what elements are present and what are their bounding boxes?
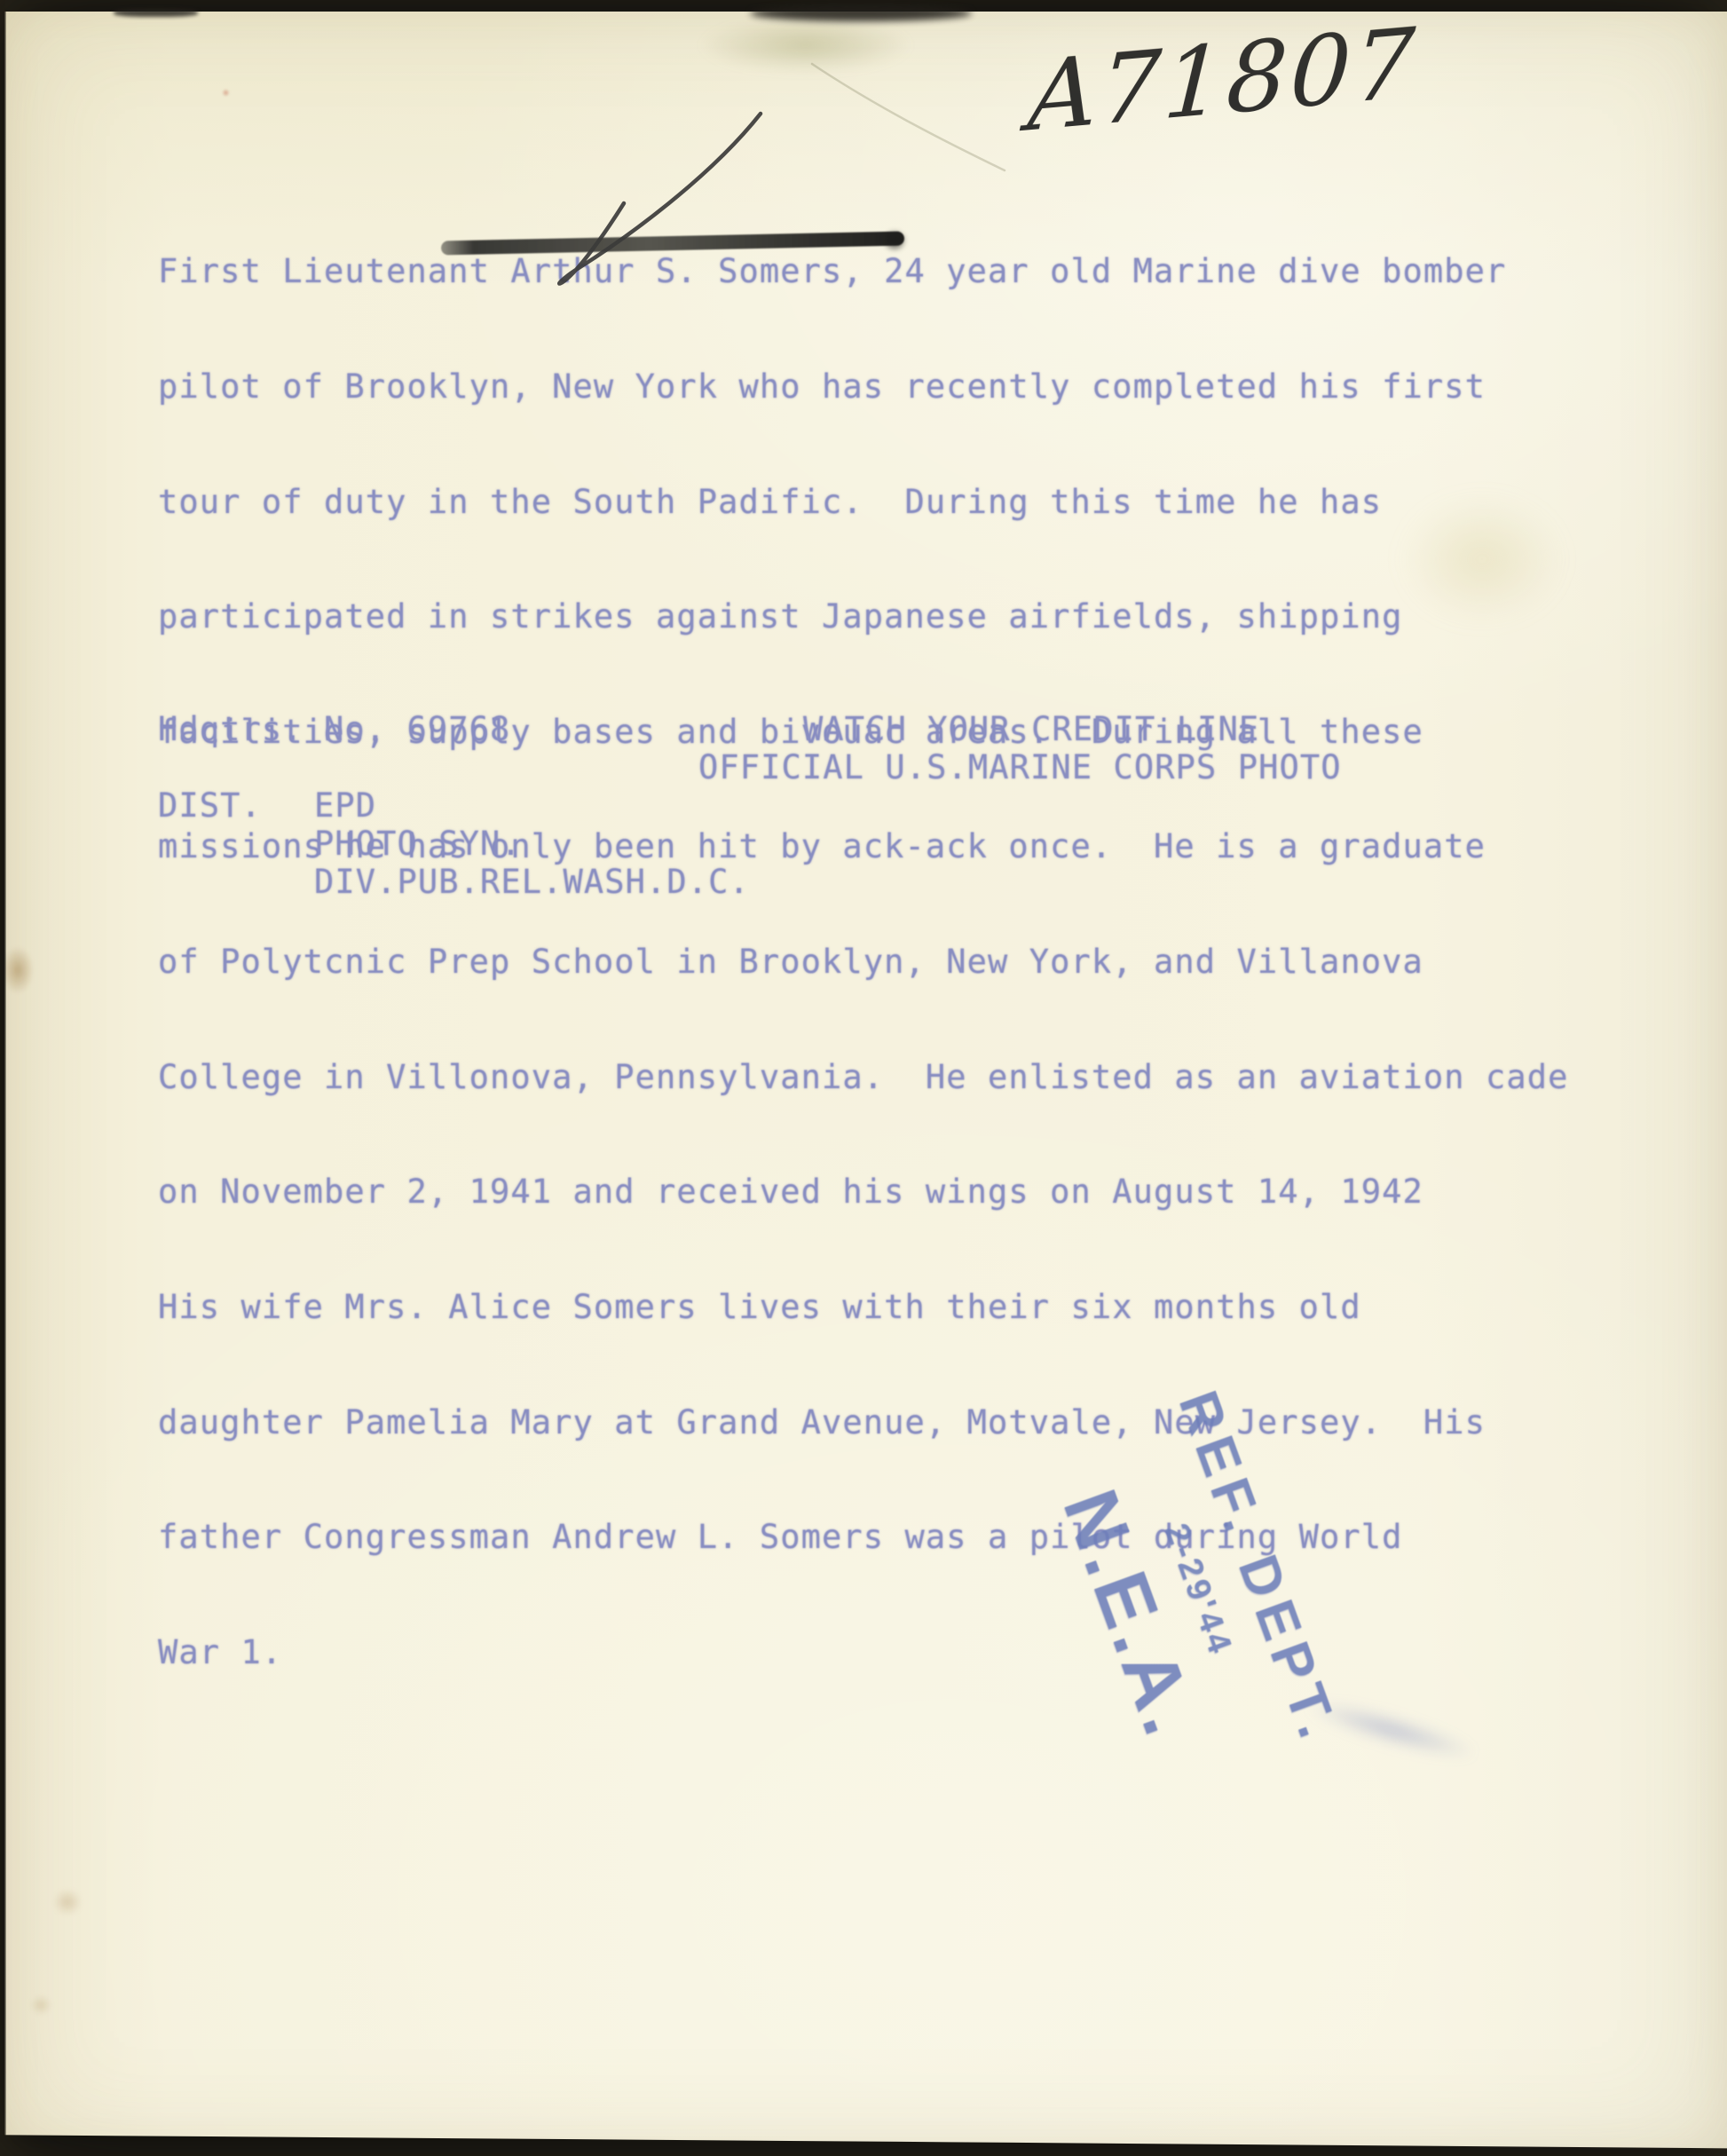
- credit-line-1: WATCH YOUR CREDIT LINE: [803, 710, 1259, 748]
- caption-line: of Polytcnic Prep School in Brooklyn, Ne…: [158, 943, 1569, 981]
- scan-edge-bottom: [0, 2132, 1727, 2156]
- dist-item: DIV.PUB.REL.WASH.D.C.: [314, 863, 750, 901]
- paper-stain: [53, 1889, 82, 1915]
- scan-edge-smudge: [114, 9, 198, 17]
- caption-line: participated in strikes against Japanese…: [158, 597, 1569, 636]
- scan-edge-left: [0, 0, 6, 2156]
- credit-line-2: OFFICIAL U.S.MARINE CORPS PHOTO: [698, 748, 1342, 786]
- hdqtrs-number: Hdqtrs. No. 69768: [158, 710, 510, 748]
- dist-item: PHOTO SYN.: [314, 825, 522, 863]
- caption-line: First Lieutenant Arthur S. Somers, 24 ye…: [158, 252, 1569, 290]
- paper-stain: [699, 18, 912, 73]
- caption-line: on November 2, 1941 and received his win…: [158, 1173, 1569, 1211]
- paper-stain: [30, 1995, 51, 2015]
- caption-block: First Lieutenant Arthur S. Somers, 24 ye…: [158, 176, 1569, 1710]
- caption-line: father Congressman Andrew L. Somers was …: [158, 1518, 1569, 1556]
- handwritten-photo-id: A71807: [1026, 7, 1420, 153]
- caption-line: pilot of Brooklyn, New York who has rece…: [158, 367, 1569, 406]
- dist-label: DIST.: [158, 786, 262, 825]
- paper-stain: [2, 946, 34, 994]
- caption-line: College in Villonova, Pennsylvania. He e…: [158, 1058, 1569, 1096]
- caption-line: tour of duty in the South Padific. Durin…: [158, 483, 1569, 521]
- paper-speck: [222, 89, 230, 97]
- caption-line: His wife Mrs. Alice Somers lives with th…: [158, 1288, 1569, 1326]
- caption-line: daughter Pamelia Mary at Grand Avenue, M…: [158, 1403, 1569, 1441]
- photo-back-scan: { "document": { "handwritten_photo_id": …: [0, 0, 1727, 2156]
- scan-edge-smudge: [750, 5, 972, 21]
- pencil-strikethrough-end: [882, 229, 907, 252]
- dist-item: EPD: [314, 786, 376, 825]
